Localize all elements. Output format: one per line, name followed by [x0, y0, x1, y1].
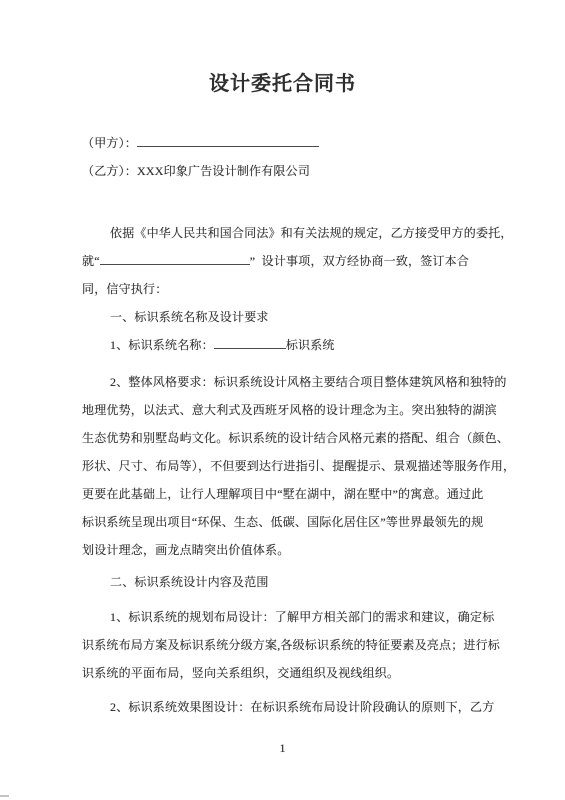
layout-design-line-1: 1、标识系统的规划布局设计：了解甲方相关部门的需求和建议，确定标: [82, 603, 483, 631]
page-title: 设计委托合同书: [82, 68, 483, 100]
style-requirement-line-7: 划设计理念，画龙点睛突出价值体系。: [82, 536, 483, 564]
party-a-label: （甲方）：: [82, 136, 137, 150]
page-number: 1: [82, 734, 483, 762]
system-name-line: 1、标识系统名称：标识系统: [82, 331, 483, 359]
layout-design-line-2: 识系统布局方案及标识系统分级方案,各级标识系统的特征要素及亮点；进行标: [82, 631, 483, 659]
style-requirement-line-1: 2、整体风格要求：标识系统设计风格主要结合项目整体建筑风格和独特的: [82, 368, 483, 396]
scan-edge-artifact: [0, 795, 9, 797]
document-content: 设计委托合同书 （甲方）： （乙方）：XXX印象广告设计制作有限公司 依据《中华…: [0, 68, 565, 762]
contract-subject-line: 就“” 设计事项，双方经协商一致，签订本合: [82, 247, 483, 275]
contract-document-page: 设计委托合同书 （甲方）： （乙方）：XXX印象广告设计制作有限公司 依据《中华…: [0, 0, 565, 800]
section-2-heading: 二、标识系统设计内容及范围: [82, 568, 483, 596]
layout-design-line-3: 识系统的平面布局，竖向关系组织，交通组织及视线组织。: [82, 659, 483, 687]
party-a-line: （甲方）：: [82, 129, 483, 157]
rendering-design-line: 2、标识系统效果图设计：在标识系统布局设计阶段确认的原则下，乙方: [82, 693, 483, 721]
intro-line-1: 依据《中华人民共和国合同法》和有关法规的规定，乙方接受甲方的委托，: [82, 219, 483, 247]
style-requirement-line-2: 地理优势，以法式、意大利式及西班牙风格的设计理念为主。突出独特的湖滨: [82, 396, 483, 424]
party-b-label: （乙方）：: [82, 164, 137, 178]
party-b-value: XXX印象广告设计制作有限公司: [137, 164, 310, 178]
system-name-label: 1、标识系统名称：: [110, 338, 214, 352]
party-a-blank-underline: [137, 133, 319, 147]
style-requirement-line-4: 形状、尺寸、布局等），不但要到达行进指引、提醒提示、景观描述等服务作用，: [82, 452, 483, 480]
style-requirement-line-3: 生态优势和别墅岛屿文化。标识系统的设计结合风格元素的搭配、组合（颜色、: [82, 424, 483, 452]
system-name-blank-underline: [214, 335, 286, 349]
style-requirement-line-6: 标识系统呈现出项目“环保、生态、低碳、国际化居住区”等世界最领先的规: [82, 508, 483, 536]
contract-subject-blank-underline: [100, 251, 250, 265]
party-b-line: （乙方）：XXX印象广告设计制作有限公司: [82, 157, 483, 185]
contract-subject-prefix: 就“: [82, 254, 100, 268]
intro-line-3: 同，信守执行：: [82, 275, 483, 303]
style-requirement-line-5: 更要在此基础上，让行人理解项目中“墅在湖中，湖在墅中”的寓意。通过此: [82, 480, 483, 508]
system-name-suffix: 标识系统: [286, 338, 335, 352]
section-1-heading: 一、标识系统名称及设计要求: [82, 303, 483, 331]
contract-subject-suffix: ” 设计事项，双方经协商一致，签订本合: [250, 254, 469, 268]
